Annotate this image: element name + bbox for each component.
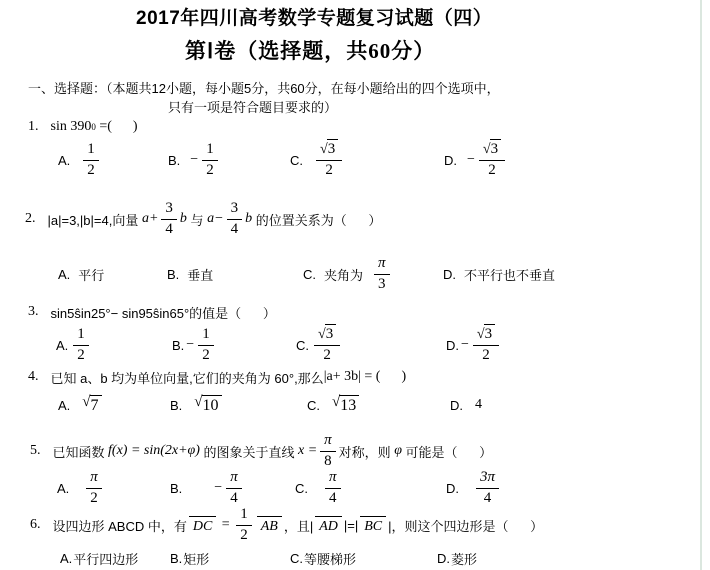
- q4-option-d: D. 4: [450, 390, 482, 420]
- question-3-stem: 3. sin5ŝin25°− sin95ŝin65°的值是（ ）: [28, 301, 276, 323]
- option-label: C.: [290, 153, 303, 168]
- vector-AD: AD: [315, 516, 342, 534]
- option-label: C.: [303, 267, 316, 282]
- fraction-numerator: 3π: [476, 469, 499, 488]
- fraction-numerator: √3: [479, 141, 505, 160]
- question-1-stem: 1. sin 3900 =( ): [28, 116, 138, 138]
- section-heading: 第Ⅰ卷（选择题，共60分）: [185, 35, 435, 65]
- fraction-numerator: 1: [202, 141, 218, 160]
- q3-option-a: A. 12: [56, 323, 92, 367]
- question-4-stem: 4. 已知 a、b 均为单位向量,它们的夹角为 60°,那么|a+ 3b| = …: [28, 366, 406, 388]
- q2-option-c: C. 夹角为 π3: [303, 252, 393, 296]
- fraction-denominator: 3: [378, 275, 386, 293]
- fraction-numerator: 3: [227, 200, 243, 219]
- minus-sign: −: [214, 480, 222, 496]
- fraction-numerator: π: [374, 255, 390, 274]
- q6-text-3: |=|: [344, 518, 358, 533]
- fraction-denominator: 4: [231, 220, 239, 238]
- q6-option-d: D. 菱形: [437, 548, 477, 568]
- page-title: 2017年四川高考数学专题复习试题（四）: [136, 3, 492, 30]
- q5-text-3: 对称，则: [339, 442, 391, 461]
- radical: √7: [82, 395, 101, 415]
- fraction-numerator: √3: [316, 141, 342, 160]
- q6-option-a: A. 平行四边形: [60, 548, 138, 568]
- minus-sign: −: [461, 337, 469, 353]
- radicand: 3: [484, 324, 496, 342]
- option-label: A.: [56, 338, 68, 353]
- vector-AB: AB: [257, 516, 282, 534]
- option-text: 不平行也不垂直: [464, 265, 555, 284]
- option-label: D.: [446, 338, 459, 353]
- fraction-numerator: π: [86, 469, 102, 488]
- radicand: 3: [327, 139, 339, 157]
- minus-sign: −: [467, 152, 475, 168]
- question-number: 6.: [30, 517, 41, 533]
- option-label: D.: [444, 153, 457, 168]
- minus-sign: −: [186, 337, 194, 353]
- q2-var-a-plus: a+: [142, 211, 158, 227]
- fraction-denominator: 2: [202, 346, 210, 364]
- fraction: 12: [198, 326, 214, 364]
- instructions-line-1: 一、选择题：（本题共12小题，每小题5分，共60分，在每小题给出的四个选项中，: [28, 78, 500, 97]
- radicand: 7: [90, 395, 102, 415]
- q2-text-1: |a|=3,|b|=4,向量: [48, 210, 142, 229]
- fraction: 34: [227, 200, 243, 238]
- option-label: A.: [58, 398, 70, 413]
- fraction-numerator: 1: [73, 326, 89, 345]
- option-label: C.: [307, 398, 320, 413]
- option-label: A.: [58, 267, 70, 282]
- option-label: B.: [170, 398, 182, 413]
- q4-option-b: B. √10: [170, 390, 222, 420]
- option-label: B.: [167, 267, 179, 282]
- radical-fraction: √32: [314, 326, 340, 364]
- option-label: D.: [450, 398, 463, 413]
- fraction-numerator: √3: [473, 326, 499, 345]
- fraction: 12: [83, 141, 99, 179]
- signed-fraction: −12: [190, 141, 220, 179]
- q5-line-eq: x =: [294, 443, 317, 459]
- signed-fraction: −√32: [461, 326, 502, 364]
- q3-option-d: D. −√32: [446, 323, 502, 367]
- option-label: B.: [170, 481, 182, 496]
- question-6-stem: 6. 设四边形 ABCD 中，有DC = 12AB，且|AD|=|BC|，则这个…: [30, 502, 543, 548]
- option-value: 4: [475, 397, 482, 413]
- question-number: 1.: [28, 119, 39, 135]
- q2-option-d: D. 不平行也不垂直: [443, 252, 555, 296]
- fraction-denominator: 4: [165, 220, 173, 238]
- fraction-denominator: 2: [77, 346, 85, 364]
- signed-fraction: −12: [186, 326, 216, 364]
- option-label: C.: [296, 338, 309, 353]
- fraction-numerator: √3: [314, 326, 340, 345]
- q6-text-4: |，则这个四边形是（ ）: [388, 516, 543, 535]
- page-edge-divider: [700, 0, 702, 570]
- option-text: 矩形: [183, 549, 209, 568]
- fraction-denominator: 2: [206, 161, 214, 179]
- question-number: 2.: [25, 211, 36, 227]
- option-label: B.: [168, 153, 180, 168]
- vector-DC: DC: [189, 516, 216, 534]
- q5-text-2: 的图象关于直线: [203, 442, 294, 461]
- q2-var-b2: b: [245, 211, 252, 227]
- fraction-denominator: 2: [325, 161, 333, 179]
- q2-text-2: 与: [187, 210, 207, 229]
- fraction: 12: [73, 326, 89, 364]
- fraction-denominator: 2: [87, 161, 95, 179]
- option-label: D.: [446, 481, 459, 496]
- radicand: 3: [325, 324, 337, 342]
- q4-option-c: C. √13: [307, 390, 359, 420]
- q5-text-4: 可能是（ ）: [405, 442, 492, 461]
- q2-var-b: b: [180, 211, 187, 227]
- option-label: B.: [172, 338, 184, 353]
- q5-phi: φ: [391, 443, 406, 459]
- q2-text-3: 的位置关系为（ ）: [252, 210, 381, 229]
- q4-expression: |a+ 3b| = ( ): [324, 369, 406, 385]
- q3-option-c: C. √32: [296, 323, 343, 367]
- fraction-denominator: 2: [240, 526, 248, 544]
- option-label: A.: [60, 551, 72, 566]
- q6-option-b: B. 矩形: [170, 548, 209, 568]
- option-label: C.: [295, 481, 308, 496]
- option-label: A.: [57, 481, 69, 496]
- option-label: D.: [443, 267, 456, 282]
- radicand: 3: [490, 139, 502, 157]
- question-2-stem: 2. |a|=3,|b|=4,向量 a+34b 与 a−34b 的位置关系为（ …: [25, 194, 381, 244]
- q1-expression: sin 390: [51, 119, 92, 135]
- option-label: B.: [170, 551, 182, 566]
- question-number: 4.: [28, 369, 39, 385]
- radical-fraction: √32: [479, 141, 505, 179]
- q1-option-a: A. 12: [58, 138, 102, 182]
- instructions-line-2: 只有一项是符合题目要求的）: [168, 97, 337, 116]
- fraction: π8: [320, 432, 336, 470]
- fraction-denominator: 2: [323, 346, 331, 364]
- radical-fraction: √32: [316, 141, 342, 179]
- q2-option-a: A. 平行: [58, 252, 104, 296]
- fraction-numerator: 1: [83, 141, 99, 160]
- q6-text-2: ，且|: [284, 516, 313, 535]
- option-text: 平行: [78, 265, 104, 284]
- signed-fraction: −√32: [467, 141, 508, 179]
- radical-fraction: √32: [473, 326, 499, 364]
- fraction-numerator: 3: [161, 200, 177, 219]
- fraction: π3: [374, 255, 390, 293]
- q4-option-a: A. √7: [58, 390, 102, 420]
- radicand: 10: [202, 395, 222, 415]
- q2-option-b: B. 垂直: [167, 252, 213, 296]
- exam-document-page: 2017年四川高考数学专题复习试题（四） 第Ⅰ卷（选择题，共60分） 一、选择题…: [0, 0, 710, 570]
- fraction-denominator: 2: [482, 346, 490, 364]
- q5-function: f(x) = sin(2x+φ): [105, 443, 204, 459]
- option-text: 夹角为: [324, 265, 363, 284]
- q3-option-b: B. −12: [172, 323, 217, 367]
- q4-text: 已知 a、b 均为单位向量,它们的夹角为 60°,那么: [51, 368, 324, 387]
- q2-var-a-minus: a−: [207, 211, 223, 227]
- fraction-numerator: π: [226, 469, 242, 488]
- option-text: 平行四边形: [73, 549, 138, 568]
- vector-BC: BC: [360, 516, 386, 534]
- option-text: 菱形: [451, 549, 477, 568]
- question-number: 3.: [28, 304, 39, 320]
- question-number: 5.: [30, 443, 41, 459]
- equals-sign: =: [218, 517, 233, 533]
- radicand: 13: [339, 395, 359, 415]
- fraction: 34: [161, 200, 177, 238]
- fraction-numerator: 1: [198, 326, 214, 345]
- fraction: 12: [202, 141, 218, 179]
- q6-text-1: 设四边形 ABCD 中，有: [53, 516, 187, 535]
- fraction-numerator: 1: [236, 506, 252, 525]
- option-label: C.: [290, 551, 303, 566]
- fraction: 12: [236, 506, 252, 544]
- q6-option-c: C. 等腰梯形: [290, 548, 356, 568]
- q5-text-1: 已知函数: [53, 442, 105, 461]
- q3-expression: sin5ŝin25°− sin95ŝin65°的值是（ ）: [51, 303, 276, 322]
- fraction-numerator: π: [320, 432, 336, 451]
- radical: √13: [332, 395, 359, 415]
- option-text: 垂直: [187, 265, 213, 284]
- option-label: D.: [437, 551, 450, 566]
- radical: √10: [194, 395, 221, 415]
- q1-answer-blank: =( ): [96, 119, 138, 135]
- q1-option-c: C. √32: [290, 138, 345, 182]
- fraction-denominator: 2: [488, 161, 496, 179]
- q1-option-d: D. −√32: [444, 138, 508, 182]
- option-text: 等腰梯形: [304, 549, 356, 568]
- option-label: A.: [58, 153, 70, 168]
- q1-option-b: B. −12: [168, 138, 221, 182]
- fraction-numerator: π: [325, 469, 341, 488]
- minus-sign: −: [190, 152, 198, 168]
